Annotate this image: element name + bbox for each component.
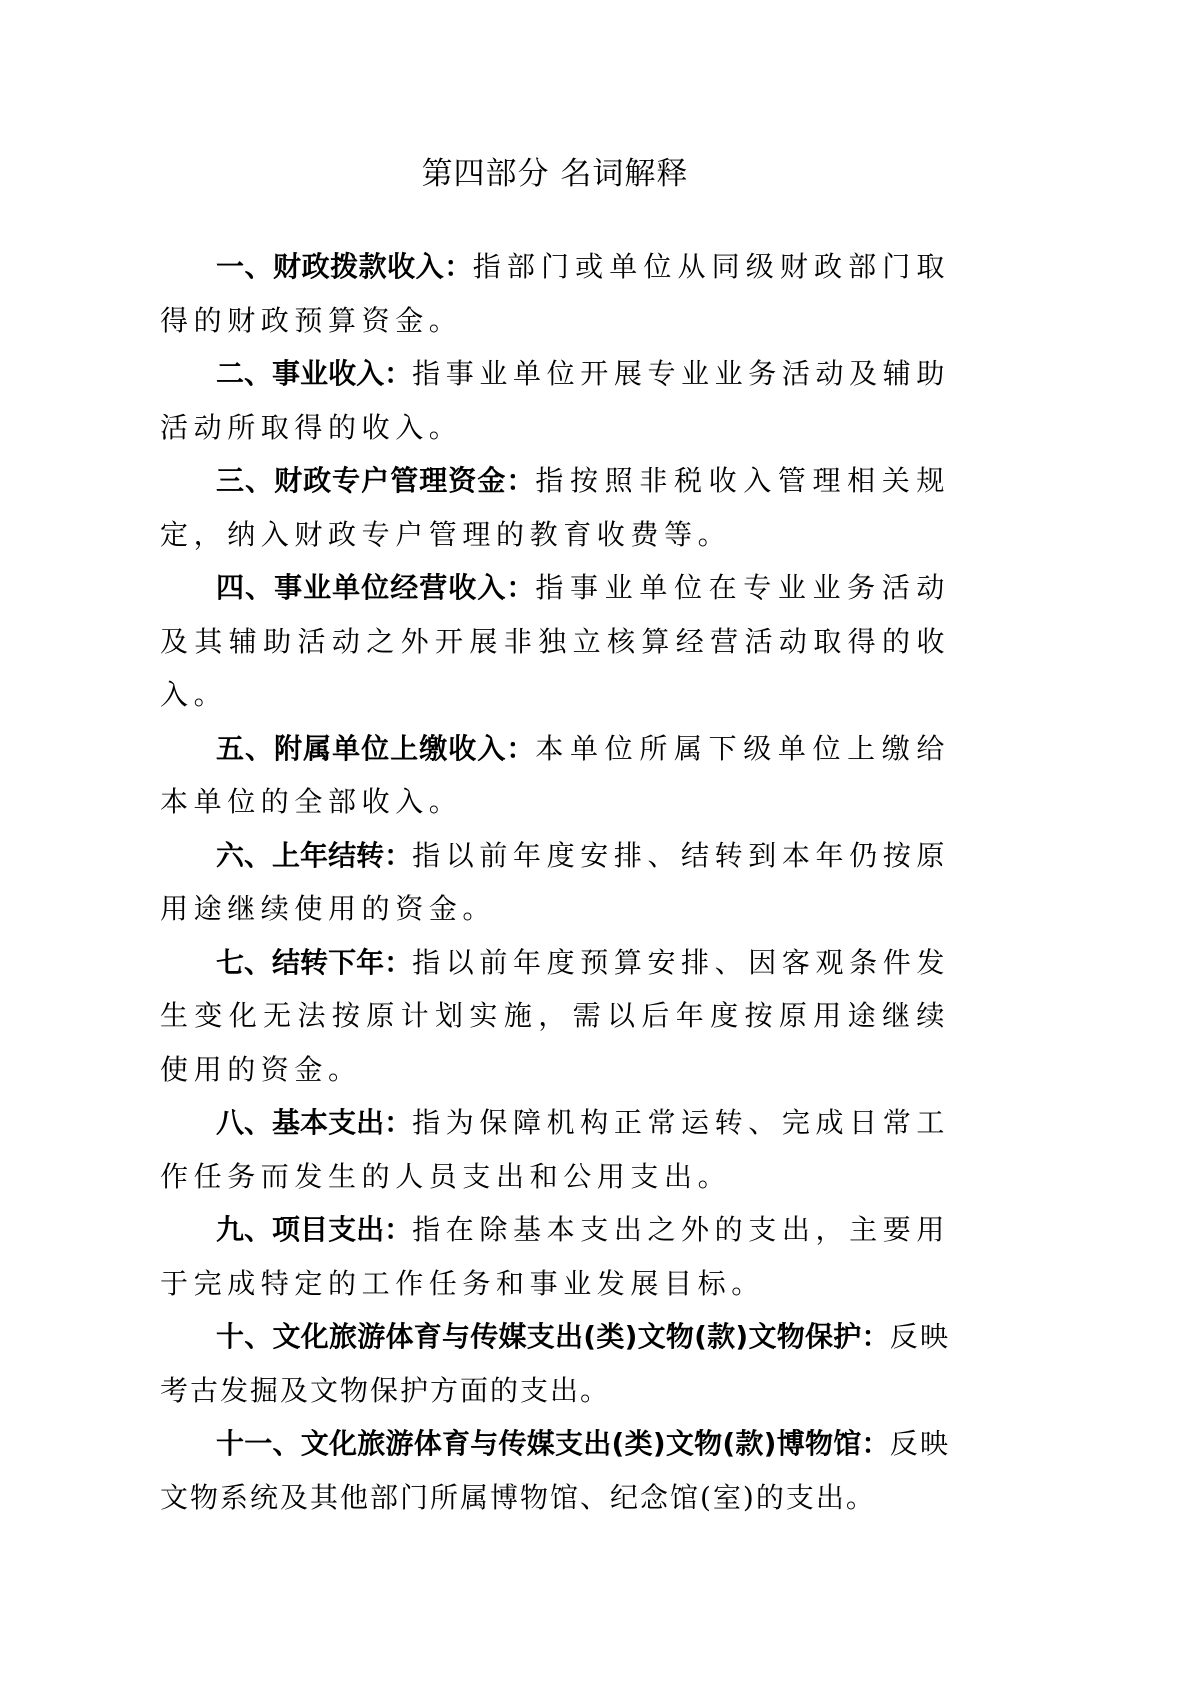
entry-term: 六、上年结转： bbox=[216, 839, 412, 872]
entry-term: 九、项目支出： bbox=[216, 1213, 412, 1246]
entry-term: 四、事业单位经营收入： bbox=[216, 571, 535, 604]
glossary-list: 一、财政拨款收入：指部门或单位从同级财政部门取得的财政预算资金。 二、事业收入：… bbox=[160, 240, 950, 1524]
entry-term: 二、事业收入： bbox=[216, 357, 412, 390]
entry-term: 十一、文化旅游体育与传媒支出(类)文物(款)博物馆： bbox=[216, 1427, 890, 1460]
entry-term: 一、财政拨款收入： bbox=[216, 250, 473, 283]
page-title: 第四部分 名词解释 bbox=[160, 152, 950, 196]
glossary-entry-8: 八、基本支出：指为保障机构正常运转、完成日常工作任务而发生的人员支出和公用支出。 bbox=[160, 1096, 950, 1203]
entry-term: 三、财政专户管理资金： bbox=[216, 464, 535, 497]
entry-term: 五、附属单位上缴收入： bbox=[216, 732, 535, 765]
entry-term: 八、基本支出： bbox=[216, 1106, 412, 1139]
entry-term: 七、结转下年： bbox=[216, 946, 412, 979]
glossary-entry-1: 一、财政拨款收入：指部门或单位从同级财政部门取得的财政预算资金。 bbox=[160, 240, 950, 347]
glossary-entry-4: 四、事业单位经营收入：指事业单位在专业业务活动及其辅助活动之外开展非独立核算经营… bbox=[160, 561, 950, 722]
glossary-entry-7: 七、结转下年：指以前年度预算安排、因客观条件发生变化无法按原计划实施，需以后年度… bbox=[160, 936, 950, 1097]
entry-term: 十、文化旅游体育与传媒支出(类)文物(款)文物保护： bbox=[216, 1320, 890, 1353]
glossary-entry-9: 九、项目支出：指在除基本支出之外的支出，主要用于完成特定的工作任务和事业发展目标… bbox=[160, 1203, 950, 1310]
glossary-entry-2: 二、事业收入：指事业单位开展专业业务活动及辅助活动所取得的收入。 bbox=[160, 347, 950, 454]
glossary-entry-6: 六、上年结转：指以前年度安排、结转到本年仍按原用途继续使用的资金。 bbox=[160, 829, 950, 936]
glossary-entry-11: 十一、文化旅游体育与传媒支出(类)文物(款)博物馆：反映文物系统及其他部门所属博… bbox=[160, 1417, 950, 1524]
glossary-entry-10: 十、文化旅游体育与传媒支出(类)文物(款)文物保护：反映考古发掘及文物保护方面的… bbox=[160, 1310, 950, 1417]
glossary-entry-3: 三、财政专户管理资金：指按照非税收入管理相关规定，纳入财政专户管理的教育收费等。 bbox=[160, 454, 950, 561]
glossary-entry-5: 五、附属单位上缴收入：本单位所属下级单位上缴给本单位的全部收入。 bbox=[160, 722, 950, 829]
